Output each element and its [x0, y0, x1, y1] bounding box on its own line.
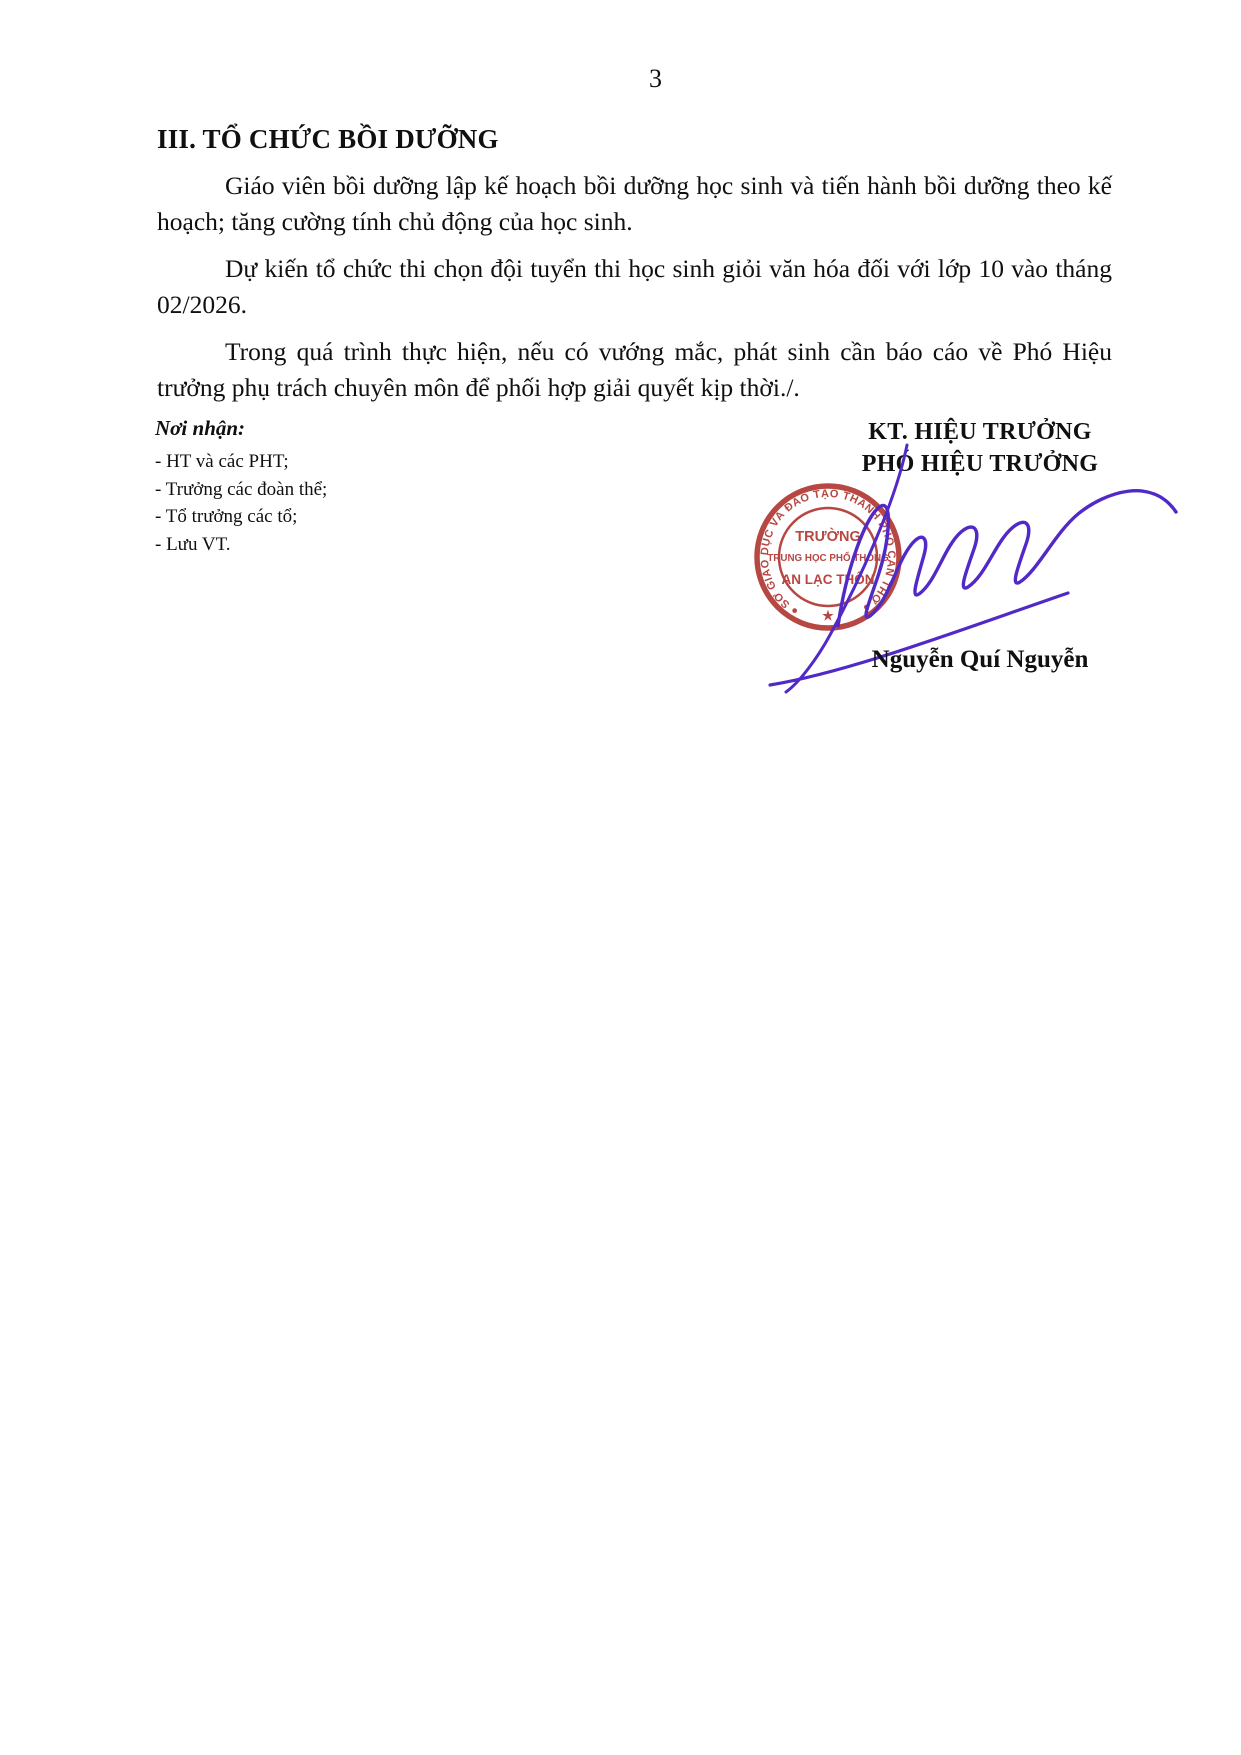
paragraph-exam-schedule: Dự kiến tổ chức thi chọn đội tuyển thi h…	[157, 251, 1112, 323]
recipient-item: - Tổ trưởng các tổ;	[155, 503, 327, 531]
recipients-label: Nơi nhận:	[155, 416, 327, 441]
page-number: 3	[649, 64, 662, 94]
body-text: Giáo viên bồi dưỡng lập kế hoạch bồi dưỡ…	[157, 168, 1112, 417]
signature-stroke-main	[838, 491, 1176, 626]
recipient-item: - Trưởng các đoàn thể;	[155, 476, 327, 504]
paragraph-training-plan: Giáo viên bồi dưỡng lập kế hoạch bồi dưỡ…	[157, 168, 1112, 240]
section-heading: III. TỔ CHỨC BỒI DƯỠNG	[157, 124, 499, 155]
recipients-block: Nơi nhận: - HT và các PHT; - Trưởng các …	[155, 416, 327, 558]
recipient-item: - Lưu VT.	[155, 531, 327, 559]
paragraph-reporting: Trong quá trình thực hiện, nếu có vướng …	[157, 334, 1112, 406]
document-page: 3 III. TỔ CHỨC BỒI DƯỠNG Giáo viên bồi d…	[0, 0, 1241, 1755]
signer-name: Nguyễn Quí Nguyễn	[780, 646, 1180, 674]
recipient-item: - HT và các PHT;	[155, 448, 327, 476]
